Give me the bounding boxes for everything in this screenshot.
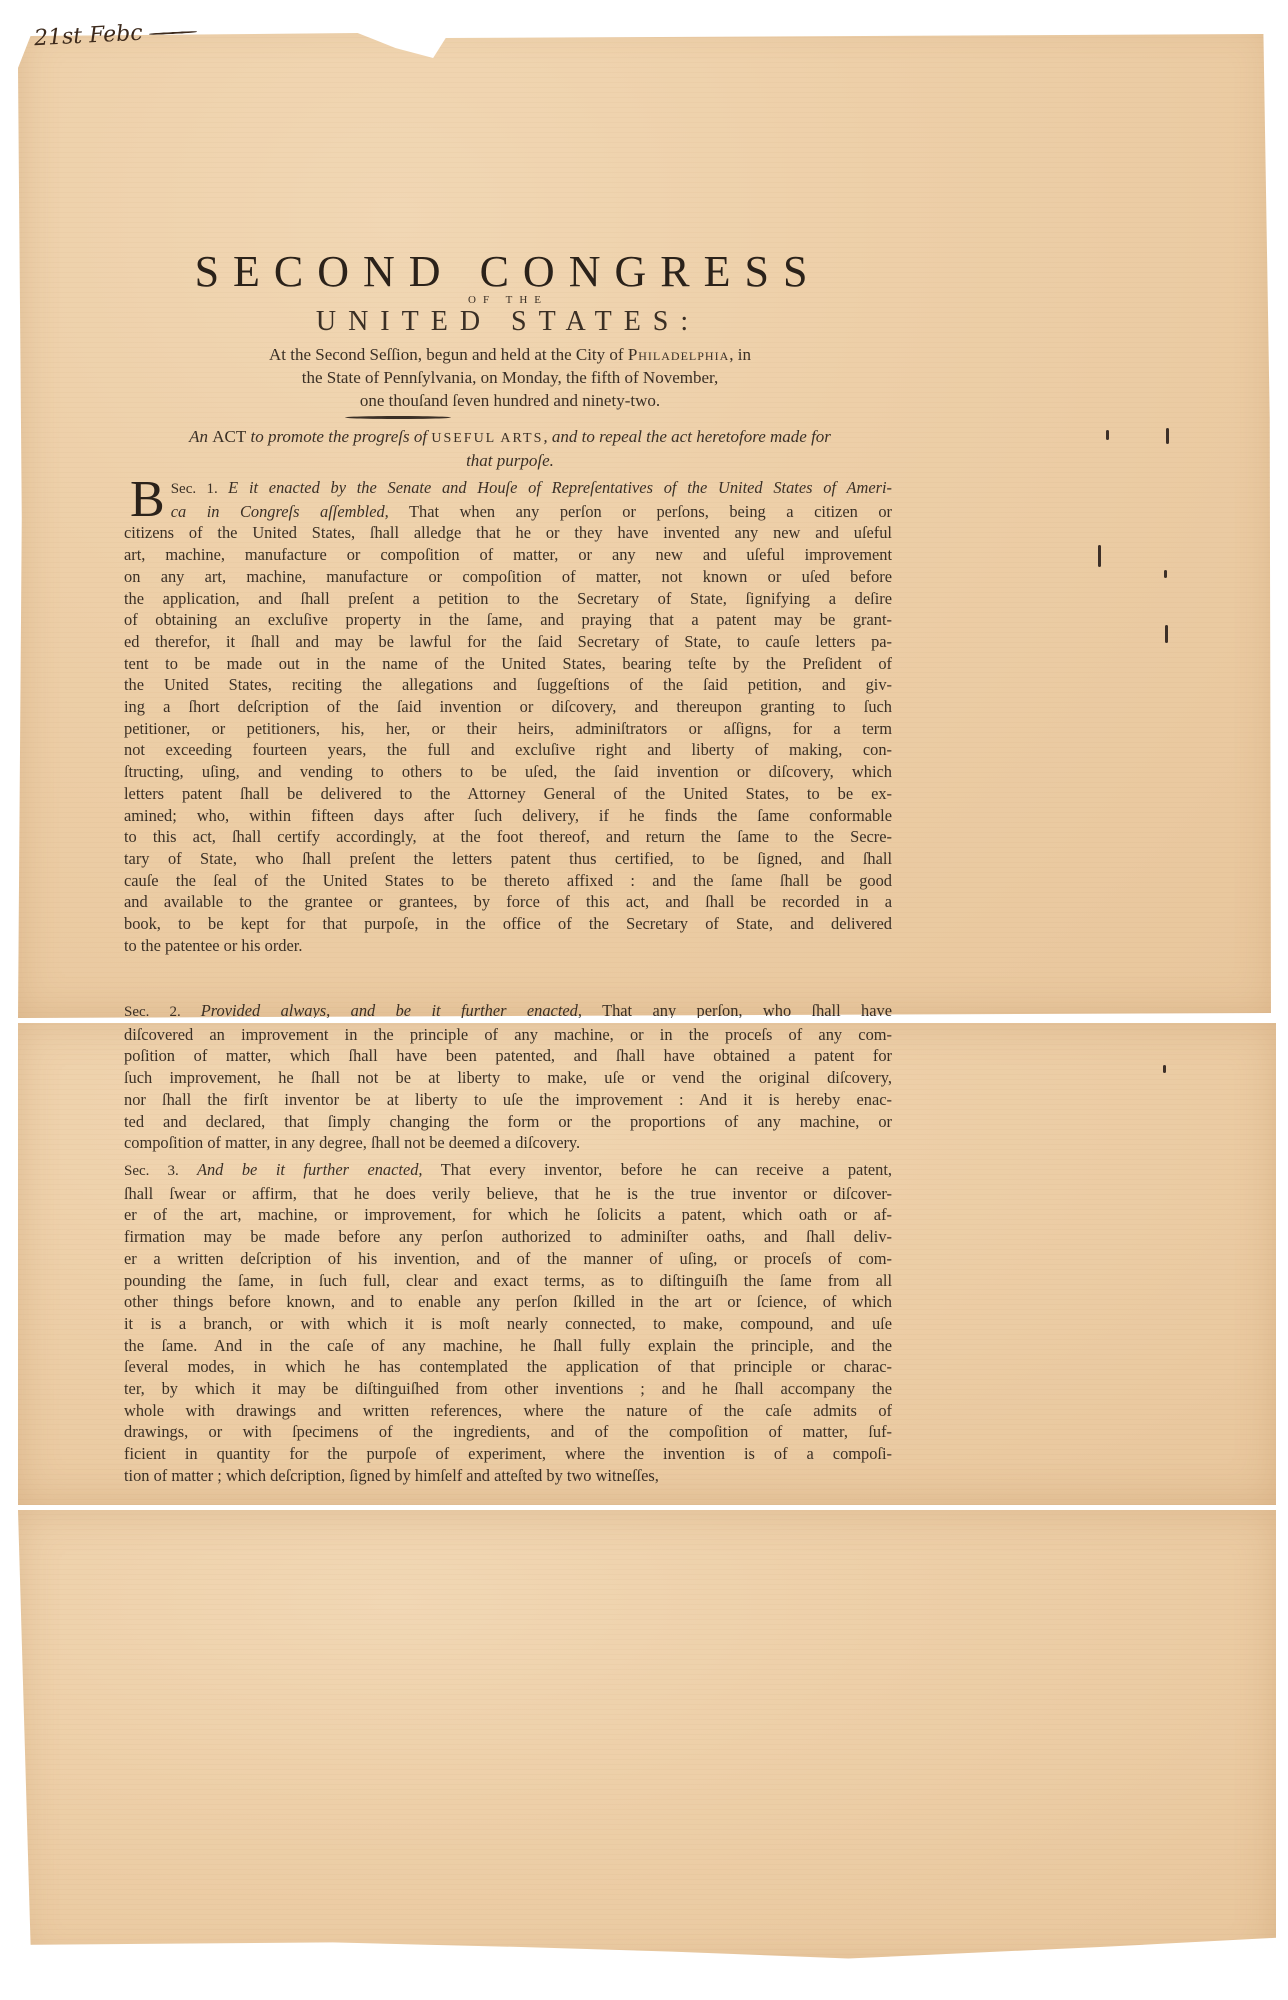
text-line: book, to be kept for that purpoſe, in th… [124,913,892,935]
title-connector: OF THE [148,294,868,306]
text-line: ſtructing, uſing, and vending to others … [124,761,892,783]
text-line: er a written deſcription of his inventio… [124,1248,892,1270]
drop-cap: B [130,479,165,521]
title-subject: UNITED STATES: [148,306,868,338]
text-line: ſeveral modes, in which he has contempla… [124,1356,892,1378]
paper-tear [0,1018,1288,1023]
text-line: ing a ſhort deſcription of the ſaid inve… [124,696,892,718]
text-line: er of the art, machine, or improvement, … [124,1204,892,1226]
text-line: ſuch improvement, he ſhall not be at lib… [124,1067,892,1089]
text-line: citizens of the United States, ſhall all… [124,522,892,544]
text-line: ed therefor, it ſhall and may be lawful … [124,631,892,653]
text-line: ter, by which it may be diſtinguiſhed fr… [124,1378,892,1400]
text-line: Sec. 3. And be it further enacted, That … [124,1159,892,1183]
text-line: nor ſhall the firſt inventor be at liber… [124,1089,892,1111]
margin-ink-mark [1106,430,1109,440]
section-label: Sec. 3. [124,1163,197,1179]
text-line: the application, and ſhall preſent a pet… [124,588,892,610]
text-line: tent to be made out in the name of the U… [124,653,892,675]
act-subject: USEFUL ARTS [431,431,543,446]
document-title: SECOND CONGRESS [148,246,868,297]
text-line: ca in Congreſs aſſembled, That when any … [124,501,892,523]
text-line: ficient in quantity for the purpoſe of e… [124,1443,892,1465]
text-line: compoſition of matter, in any degree, ſh… [124,1132,892,1154]
text-line: Sec. 1. E it enacted by the Senate and H… [124,477,892,501]
text-line: firmation may be made before any perſon … [124,1226,892,1248]
city-name: Philadelphia [628,345,729,364]
text-line: letters patent ſhall be delivered to the… [124,783,892,805]
text-line: and available to the grantee or grantees… [124,891,892,913]
text-line: pounding the ſame, in ſuch full, clear a… [124,1270,892,1292]
section-1: BSec. 1. E it enacted by the Senate and … [124,477,892,956]
margin-ink-mark [1164,570,1167,578]
margin-ink-mark [1165,625,1168,643]
text-line: other things before known, and to enable… [124,1291,892,1313]
text-line: art, machine, manufacture or compoſition… [124,544,892,566]
text-line: drawings, or with ſpecimens of the ingre… [124,1421,892,1443]
text-line: amined; who, within fifteen days after ſ… [124,805,892,827]
section-2: Sec. 2. Provided always, and be it furth… [124,1000,892,1154]
text-line: whole with drawings and written referenc… [124,1400,892,1422]
text-line: tary of State, who ſhall preſent the let… [124,848,892,870]
text-line: the United States, reciting the allegati… [124,674,892,696]
pen-flourish-icon [149,31,197,36]
text-line: it is a branch, or with which it is moſt… [124,1313,892,1335]
text-line: diſcovered an improvement in the princip… [124,1024,892,1046]
text-line: ted and declared, that ſimply changing t… [124,1111,892,1133]
margin-ink-mark [1166,428,1169,444]
text-line: poſition of matter, which ſhall have bee… [124,1045,892,1067]
text-line: tion of matter ; which deſcription, ſign… [124,1465,892,1487]
ornamental-rule [345,416,451,419]
text-line: cauſe the ſeal of the United States to b… [124,870,892,892]
handwritten-annotation: 21st Febc [33,18,197,51]
text-line: ſhall ſwear or affirm, that he does veri… [124,1183,892,1205]
session-statement: At the Second Seſſion, begun and held at… [160,343,860,412]
text-line: not exceeding fourteen years, the full a… [124,739,892,761]
margin-ink-mark [1098,545,1101,567]
text-line: to the patentee or his order. [124,935,892,957]
text-line: of obtaining an excluſive property in th… [124,609,892,631]
margin-ink-mark [1163,1065,1166,1073]
document-page: 21st Febc SECOND CONGRESS OF THE UNITED … [0,0,1288,2000]
text-line: the ſame. And in the caſe of any machine… [124,1335,892,1357]
section-3: Sec. 3. And be it further enacted, That … [124,1159,892,1487]
text-line: to this act, ſhall certify accordingly, … [124,826,892,848]
text-line: on any art, machine, manufacture or comp… [124,566,892,588]
text-line: petitioner, or petitioners, his, her, or… [124,718,892,740]
act-title: An ACT to promote the progreſs of USEFUL… [130,426,890,472]
section-label: Sec. 1. [171,481,228,497]
